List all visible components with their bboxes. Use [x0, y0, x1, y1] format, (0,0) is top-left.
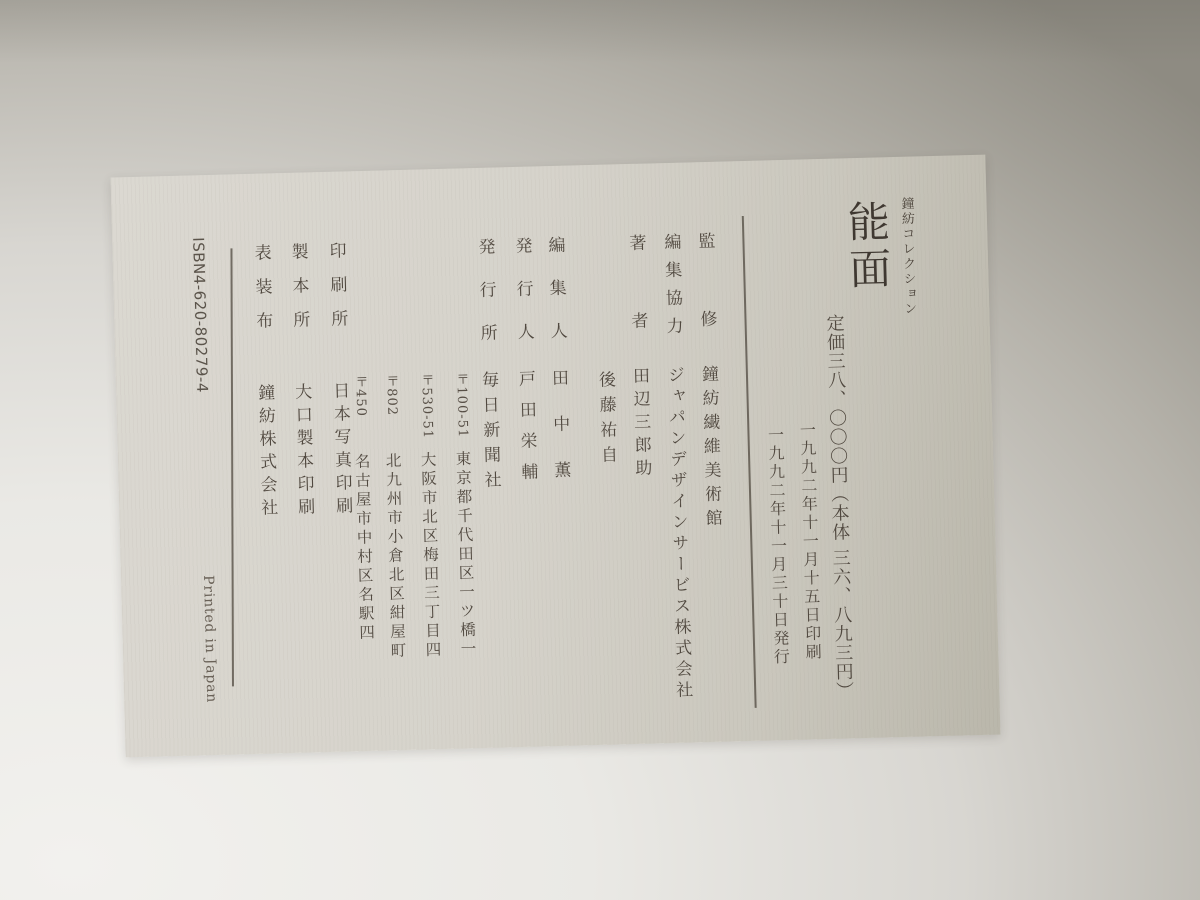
credit-column-supervision: 監修鐘紡繊維美術館: [695, 232, 720, 533]
credit-label: 発行人: [512, 237, 532, 370]
production-label: 印刷所: [326, 241, 347, 381]
production-column-printing: 印刷所日本写真印刷: [326, 241, 350, 519]
address-text: 北九州市小倉北区紺屋町: [383, 452, 406, 661]
production-value: 大口製本印刷: [291, 382, 315, 520]
address-column-osaka: 〒530-51大阪市北区梅田三丁目四: [417, 373, 441, 660]
address-column-nagoya: 〒450名古屋市中村区名駅四: [351, 375, 375, 643]
address-text: 名古屋市中村区名駅四: [352, 453, 375, 643]
printed-in-japan-text: Printed in Japan: [201, 575, 218, 703]
credit-value: 田辺三郎助: [629, 367, 652, 482]
production-label: 表装布: [251, 243, 272, 383]
postal-code: 〒802: [384, 374, 399, 452]
credit-value: 毎日新聞社: [478, 370, 501, 495]
issued-date-line: 一九九二年十一月三十日発行: [766, 426, 788, 667]
production-value: 日本写真印刷: [329, 381, 353, 519]
credit-label: 監修: [695, 232, 715, 365]
address-text: 大阪市北区梅田三丁目四: [418, 451, 441, 660]
production-label: 製本所: [288, 242, 309, 382]
divider-rule-right: [742, 216, 756, 708]
production-column-cover-cloth: 表装布鐘紡株式会社: [251, 243, 275, 521]
credit-label: 編集協力: [661, 233, 681, 366]
credit-label: 発行所: [475, 238, 495, 371]
postal-code: 〒100-51: [454, 372, 469, 450]
address-column-kitakyushu: 〒802北九州市小倉北区紺屋町: [382, 374, 406, 661]
price-line: 定価三八、〇〇〇円（本体 三六、八九三円）: [824, 313, 852, 700]
production-column-binding: 製本所大口製本印刷: [288, 242, 312, 520]
credit-label: 編集人: [545, 236, 565, 369]
isbn-text: ISBN4-620-80279-4: [190, 237, 209, 393]
credit-column-editor: 編集人田中薫: [545, 236, 569, 507]
credit-column-publishing-house: 発行所毎日新聞社: [475, 238, 499, 496]
credit-value: ジャパンデザインサービス株式会社: [664, 366, 693, 702]
book-title: 能面: [844, 199, 888, 294]
series-title: 鐘紡コレクション: [899, 197, 915, 317]
credit-label: 著者: [626, 234, 646, 367]
address-text: 東京都千代田区一ツ橋一: [453, 450, 476, 659]
divider-rule-left: [230, 248, 233, 686]
credit-value: 後藤祐自: [595, 370, 618, 470]
printed-date-line: 一九九二年十一月十五日印刷: [798, 421, 820, 662]
credit-value: 田中薫: [548, 369, 572, 507]
colophon-page: 鐘紡コレクション 能面 定価三八、〇〇〇円（本体 三六、八九三円） 一九九二年十…: [111, 155, 1001, 758]
postal-code: 〒530-51: [419, 373, 434, 451]
credit-value: 戸田栄輔: [515, 370, 538, 494]
credit-value: 鐘紡繊維美術館: [698, 365, 722, 533]
postal-code: 〒450: [353, 375, 368, 453]
credit-column-editorial-cooperation: 編集協力ジャパンデザインサービス株式会社: [661, 233, 690, 702]
address-column-tokyo: 〒100-51東京都千代田区一ツ橋一: [452, 372, 476, 659]
credit-column-author: 著者田辺三郎助: [626, 234, 649, 482]
credit-column-publisher-person: 発行人戸田栄輔: [512, 237, 536, 494]
production-value: 鐘紡株式会社: [254, 383, 278, 521]
credit-column-author-2: 後藤祐自: [596, 370, 616, 470]
